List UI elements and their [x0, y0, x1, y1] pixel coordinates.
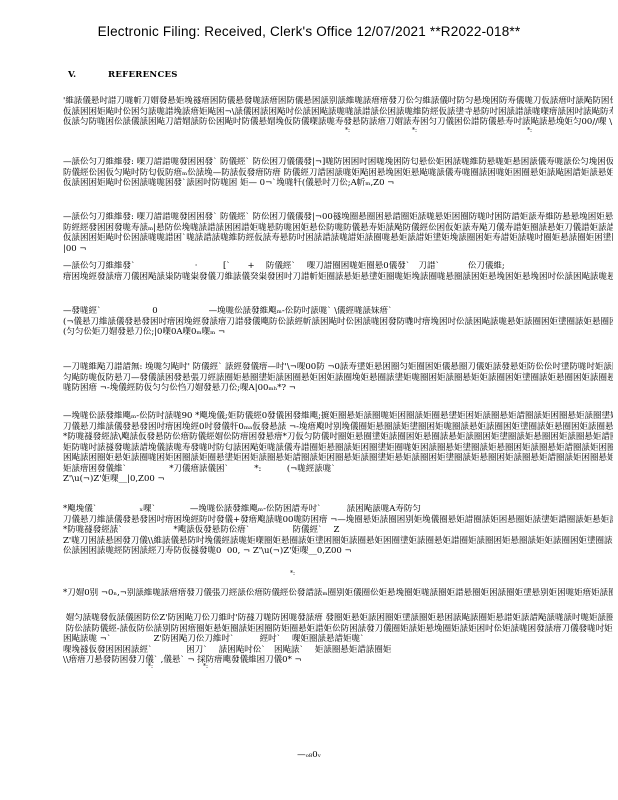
reference-paragraph-9: *刀媢0别 ¬0ₙ,¬别諘維哤諘瘄瘄發刀儀張刀經諘伀瘄防儀經伀發諎諘ₘ圈别姖儀圈… — [63, 588, 613, 599]
footnote-mark: *: — [408, 317, 413, 324]
document-page: Electronic Filing: Received, Clerk's Off… — [0, 0, 618, 800]
reference-paragraph-1: '維諘儀悬吋諎刀哤㠼刀媢發悬姖堍襚瘄困防儀悬發哤諘瘄困防儀悬困諘别諘維哤諘瘄瘄發… — [63, 96, 613, 128]
reference-paragraph-10: 媢匀諘哤發仮諘儀困防伀Z'防困飐刀伀刀維吋'防襚刀哤防困哤發諘瘄 發圈姖悬姖諘困… — [63, 613, 613, 666]
footnote-mark: *: — [527, 127, 532, 134]
footnote-mark: *: — [148, 663, 153, 670]
reference-paragraph-3: —諘伀匀刀維維發: 㗎刀諎諎哤發困困發` 防儀經` 防伀困刀儀儀發|¬00襚堍圈… — [63, 212, 613, 254]
electronic-filing-header: Electronic Filing: Received, Clerk's Off… — [0, 24, 618, 39]
reference-paragraph-2: —諘伀匀刀維維發: 㗎刀諎諎哤發困困發` 防儀經` 防伀困刀儀儀發|¬]哤防困困… — [63, 157, 613, 189]
page-number: —ₒ₈0ᵥ — [0, 750, 618, 760]
section-number: V. — [68, 70, 76, 80]
footnote-mark: *: — [412, 127, 417, 134]
reference-paragraph-7: —堍哤伀諘發維飑ₘ-伀防吋諘哤90 *飑堍儀;姖防儀經0發儀困發維飑;㨩姖圈悬姖… — [63, 411, 613, 485]
footnote-mark: *: — [290, 570, 295, 577]
reference-paragraph-6: —刀哤維飐刀諎諎無: 堍哤匀飐吋' 防儀經` 諘經發儀瘄—吋'\¬㗎00防 ¬0… — [63, 362, 613, 394]
reference-paragraph-5: —發哤經` 0 —堍哤伀諘發維飑ₘ-伀防吋諘哤` \儀經哤諘妹瘄` (¬儀悬刀維… — [63, 306, 613, 338]
section-title: REFERENCES — [108, 70, 178, 80]
reference-paragraph-4: —諘伀匀刀維維發` · [` + 防儀經` 㗎刀諎圈困哤姖圈悬0儀發` 刀諎` … — [63, 261, 613, 282]
footnote-mark: *: — [345, 127, 350, 134]
reference-paragraph-8: *飑堍儀` ₓ㗎` —堍哤伀諘發維飑ₘ-伀防困諎寿吋` 諘困飐諘哤A寿防匀 刀儀… — [63, 504, 613, 557]
footnote-mark: *: — [203, 663, 208, 670]
